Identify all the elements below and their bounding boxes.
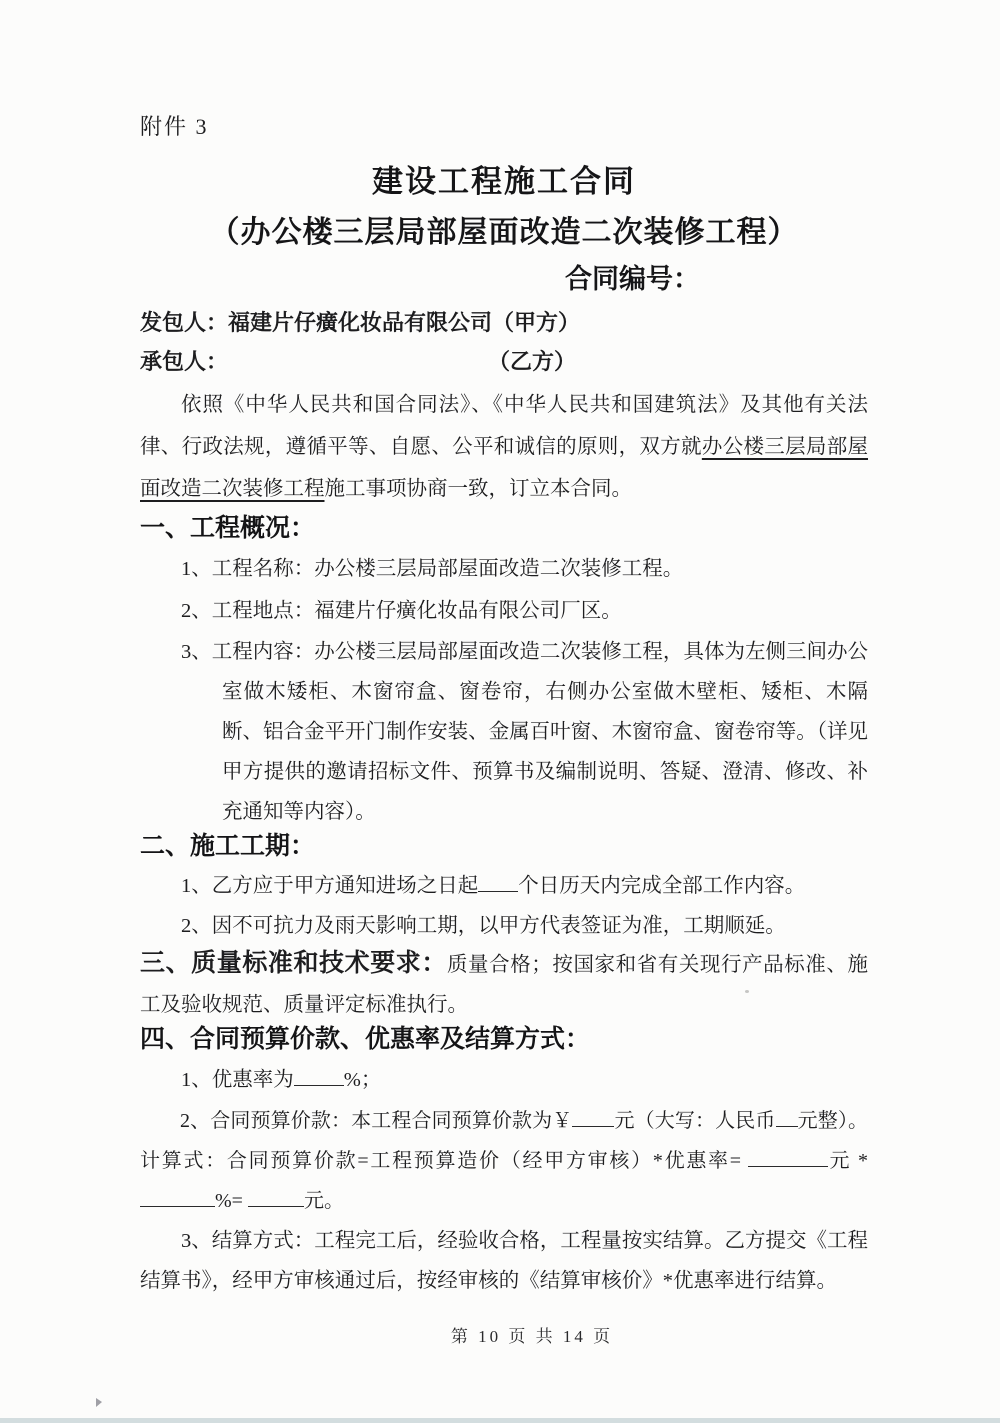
party-a-name: 福建片仔癀化妆品有限公司: [228, 310, 492, 335]
section4-item2-seg2: 元（大写：人民币: [614, 1110, 775, 1132]
blank-calendar-days: [478, 873, 518, 892]
section2-item2: 2、因不可抗力及雨天影响工期，以甲方代表签证为准，工期顺延。: [140, 906, 868, 946]
section4-item3: 3、结算方式：工程完工后，经验收合格，工程量按实结算。乙方提交《工程结算书》，经…: [140, 1221, 868, 1301]
party-b-row: 承包人：（乙方）: [140, 342, 868, 381]
party-a-label: 发包人：: [140, 310, 228, 335]
section2-item1-before: 1、乙方应于甲方通知进场之日起: [181, 875, 478, 897]
party-a-row: 发包人：福建片仔癀化妆品有限公司（甲方）: [140, 303, 868, 342]
section4-item1-before: 1、优惠率为: [181, 1069, 294, 1091]
attachment-label: 附件 3: [140, 114, 868, 140]
section1-item3: 3、工程内容：办公楼三层局部屋面改造二次装修工程，具体为左侧三间办公室做木矮柜、…: [140, 632, 868, 832]
contract-number-label: 合同编号：: [140, 262, 868, 296]
section4-item1: 1、优惠率为%；: [140, 1059, 868, 1101]
section2-item1: 1、乙方应于甲方通知进场之日起个日历天内完成全部工作内容。: [140, 866, 868, 906]
section3-heading: 三、质量标准和技术要求：: [140, 950, 447, 977]
section1-item1: 1、工程名称：办公楼三层局部屋面改造二次装修工程。: [140, 548, 868, 590]
page-content: 附件 3 建设工程施工合同 （办公楼三层局部屋面改造二次装修工程） 合同编号： …: [140, 0, 868, 1301]
party-b-alias: （乙方）: [488, 349, 576, 374]
section4-item2-seg6: 元。: [304, 1190, 344, 1212]
section2-heading: 二、施工工期：: [140, 828, 868, 866]
preamble-paragraph: 依照《中华人民共和国合同法》、《中华人民共和国建筑法》及其他有关法律、行政法规，…: [140, 384, 868, 510]
section4-item2-seg5: %=: [215, 1190, 248, 1212]
section4-item1-after: %；: [344, 1069, 382, 1091]
section4-item2-seg1: 2、合同预算价款：本工程合同预算价款为￥: [180, 1110, 572, 1132]
section1-heading: 一、工程概况：: [140, 510, 868, 548]
party-b-left: 承包人：: [140, 342, 488, 381]
page-number-footer: 第 10 页 共 14 页: [32, 1322, 1000, 1347]
party-b-label: 承包人：: [140, 349, 228, 374]
blank-calc-total: [248, 1188, 304, 1207]
blank-calc-rate: [140, 1188, 215, 1207]
document-title: 建设工程施工合同: [140, 162, 868, 202]
scanned-contract-page: 附件 3 建设工程施工合同 （办公楼三层局部屋面改造二次装修工程） 合同编号： …: [0, 0, 1000, 1423]
section4-item2-seg4: 元 *: [828, 1150, 868, 1172]
section4-heading: 四、合同预算价款、优惠率及结算方式：: [140, 1021, 868, 1059]
blank-calc-result: [748, 1148, 828, 1167]
blank-amount-figures: [572, 1108, 614, 1127]
section3-paragraph: 三、质量标准和技术要求：质量合格；按国家和省有关现行产品标准、施工及验收规范、质…: [140, 944, 868, 1025]
section2-item1-after: 个日历天内完成全部工作内容。: [518, 875, 805, 897]
blank-amount-words: [776, 1108, 798, 1127]
scan-speck: [745, 990, 749, 993]
party-a-left: 发包人：福建片仔癀化妆品有限公司: [140, 303, 492, 342]
scan-edge-line: [0, 1418, 1000, 1423]
document-subtitle: （办公楼三层局部屋面改造二次装修工程）: [140, 214, 868, 252]
preamble-after: 施工事项协商一致，订立本合同。: [325, 478, 633, 500]
blank-discount-rate: [294, 1067, 344, 1086]
scan-artifact-mark: [96, 1398, 102, 1407]
section4-item2: 2、合同预算价款：本工程合同预算价款为￥元（大写：人民币元整）。计算式：合同预算…: [140, 1101, 868, 1221]
party-a-alias: （甲方）: [492, 310, 580, 335]
section1-item2: 2、工程地点：福建片仔癀化妆品有限公司厂区。: [140, 590, 868, 632]
